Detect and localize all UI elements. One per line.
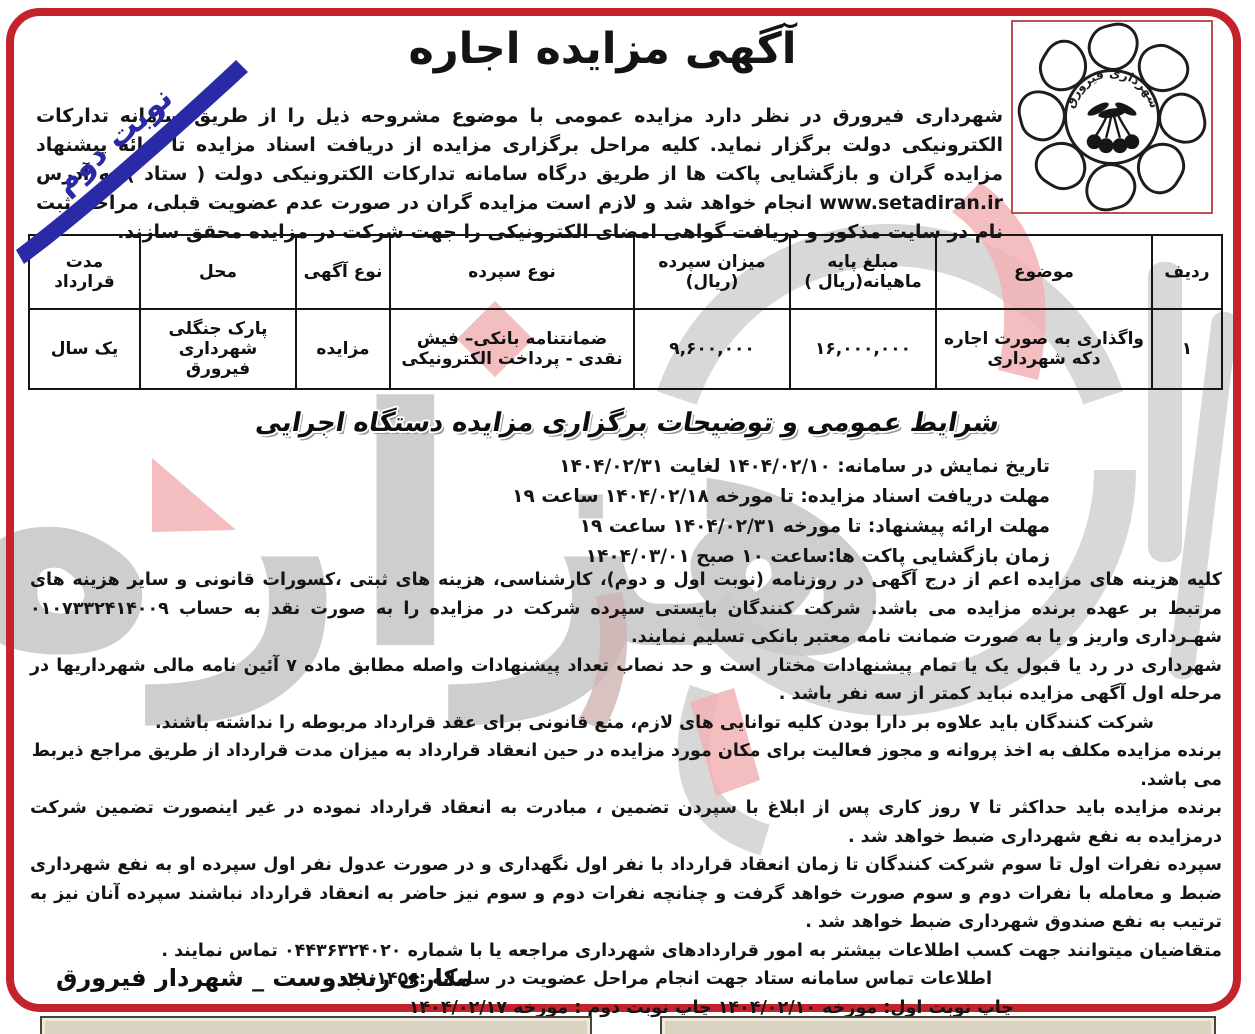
condition-rejection-right: شهرداری در رد یا قبول یک یا تمام پیشنهاد… [30, 652, 1222, 709]
stamp-swoosh-stroke [16, 60, 248, 264]
header-cell-ad-type: نوع آگهی [296, 235, 390, 309]
date-line-display: تاریخ نمایش در سامانه: ۱۴۰۴/۰۲/۱۰ لغایت … [180, 452, 1050, 482]
auction-dates-block: تاریخ نمایش در سامانه: ۱۴۰۴/۰۲/۱۰ لغایت … [180, 452, 1050, 572]
conditions-paragraphs: کلیه هزینه های مزایده اعم از درج آگهی در… [30, 566, 1222, 1022]
header-cell-base-amount: مبلغ پایه ماهیانه(ریال ) [790, 235, 936, 309]
condition-costs: کلیه هزینه های مزایده اعم از درج آگهی در… [30, 566, 1222, 652]
adjacent-ad-stub-left [40, 1016, 592, 1034]
cell-deposit-amount: ۹,۶۰۰,۰۰۰ [634, 309, 790, 389]
cell-ad-type: مزایده [296, 309, 390, 389]
table-row: ۱ واگذاری به صورت اجاره دکه شهرداری ۱۶,۰… [29, 309, 1222, 389]
header-cell-subject: موضوع [936, 235, 1152, 309]
cell-base-amount: ۱۶,۰۰۰,۰۰۰ [790, 309, 936, 389]
municipality-logo: شهرداری فیرورق [1011, 20, 1213, 214]
header-cell-deposit-type: نوع سپرده [390, 235, 634, 309]
condition-license: برنده مزایده مکلف به اخذ پروانه و مجوز ف… [30, 737, 1222, 794]
cell-location: پارک جنگلی شهرداری فیرورق [140, 309, 296, 389]
conditions-heading: شرایط عمومی و توضیحات برگزاری مزایده دست… [0, 408, 1255, 438]
condition-deposits-retention: سپرده نفرات اول تا سوم شرکت کنندگان تا ز… [30, 851, 1222, 937]
cell-contract-duration: یک سال [29, 309, 140, 389]
cell-row-number: ۱ [1152, 309, 1222, 389]
cell-deposit-type: ضمانتنامه بانکی– فیش نقدی - پرداخت الکتر… [390, 309, 634, 389]
adjacent-ad-stub-right [660, 1016, 1216, 1034]
condition-contract-deadline: برنده مزایده باید حداکثر تا ۷ روز کاری پ… [30, 794, 1222, 851]
condition-contact-info: متقاضیان میتوانند جهت کسب اطلاعات بیشتر … [30, 937, 1222, 966]
newspaper-ad-page: هزاره نوبت دوم [0, 0, 1255, 1034]
condition-legal-capacity: شرکت کنندگان باید علاوه بر دارا بودن کلی… [30, 709, 1222, 738]
ad-title: آگهی مزایده اجاره [250, 24, 955, 74]
header-cell-deposit-amount: میزان سپرده (ریال) [634, 235, 790, 309]
cell-subject: واگذاری به صورت اجاره دکه شهرداری [936, 309, 1152, 389]
date-line-offer-deadline: مهلت ارائه پیشنهاد: تا مورخه ۱۴۰۴/۰۲/۳۱ … [180, 512, 1050, 542]
date-line-documents-deadline: مهلت دریافت اسناد مزایده: تا مورخه ۱۴۰۴/… [180, 482, 1050, 512]
header-cell-row-number: ردیف [1152, 235, 1222, 309]
second-round-stamp: نوبت دوم [4, 10, 274, 290]
mayor-signature: مکاری رنجدوست _ شهردار فیرورق [56, 964, 472, 992]
